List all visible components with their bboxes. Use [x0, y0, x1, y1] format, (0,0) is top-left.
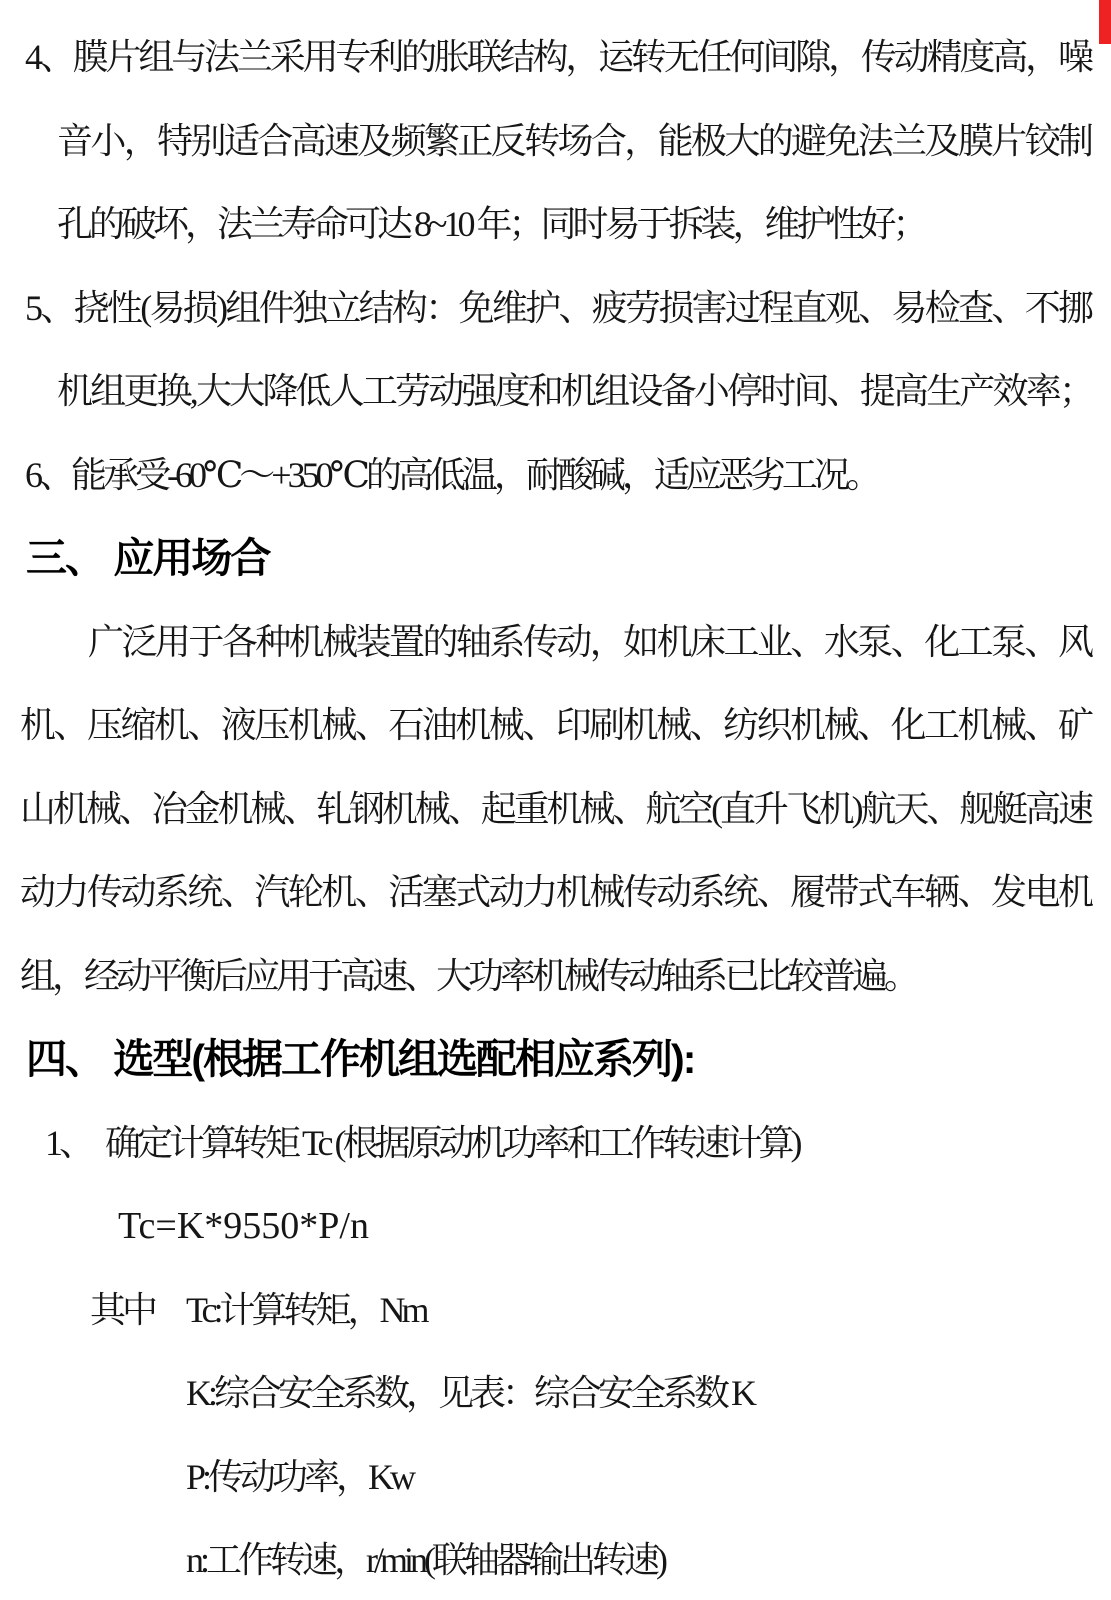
selection-step-1: 1、 确定计算转矩 Tc (根据原动机功率和工作转速计算)	[0, 1102, 1111, 1186]
definition-n: n:工作转速，r/min(联轴器输出转速)	[0, 1519, 1111, 1600]
list-item-4-line-2: 音小，特别适合高速及频繁正反转场合，能极大的避免法兰及膜片铰制	[0, 100, 1111, 184]
application-para-line-4: 动力传动系统、汽轮机、活塞式动力机械传动系统、履带式车辆、发电机	[0, 851, 1111, 935]
red-scroll-marker	[1099, 0, 1111, 44]
application-para-line-1: 广泛用于各种机械装置的轴系传动，如机床工业、水泵、化工泵、风	[0, 601, 1111, 685]
section-heading-4: 四、 选型(根据工作机组选配相应系列):	[0, 1018, 1111, 1102]
section-heading-3: 三、 应用场合	[0, 517, 1111, 601]
definition-tc: 其中 Tc:计算转矩，Nm	[0, 1269, 1111, 1353]
application-para-line-2: 机、压缩机、液压机械、石油机械、印刷机械、纺织机械、化工机械、矿	[0, 684, 1111, 768]
definition-k: K:综合安全系数，见表：综合安全系数 K	[0, 1352, 1111, 1436]
torque-formula: Tc=K*9550*P/n	[0, 1185, 1111, 1269]
application-para-line-3: 山机械、冶金机械、轧钢机械、起重机械、航空(直升飞机)航天、舰艇高速	[0, 768, 1111, 852]
list-item-6: 6、能承受-60℃～+350℃的高低温，耐酸碱，适应恶劣工况。	[0, 434, 1111, 518]
definition-p: P:传动功率，Kw	[0, 1436, 1111, 1520]
list-item-4-line-3: 孔的破坏，法兰寿命可达 8~10 年；同时易于拆装，维护性好；	[0, 183, 1111, 267]
list-item-5-line-2: 机组更换,大大降低人工劳动强度和机组设备小停时间、提高生产效率；	[0, 350, 1111, 434]
list-item-4-line-1: 4、膜片组与法兰采用专利的胀联结构，运转无任何间隙，传动精度高，噪	[0, 16, 1111, 100]
document-page: 4、膜片组与法兰采用专利的胀联结构，运转无任何间隙，传动精度高，噪音小，特别适合…	[0, 0, 1111, 1600]
list-item-5-line-1: 5、挠性(易损)组件独立结构：免维护、疲劳损害过程直观、易检查、不挪	[0, 267, 1111, 351]
application-para-line-5: 组，经动平衡后应用于高速、大功率机械传动轴系已比较普遍。	[0, 935, 1111, 1019]
